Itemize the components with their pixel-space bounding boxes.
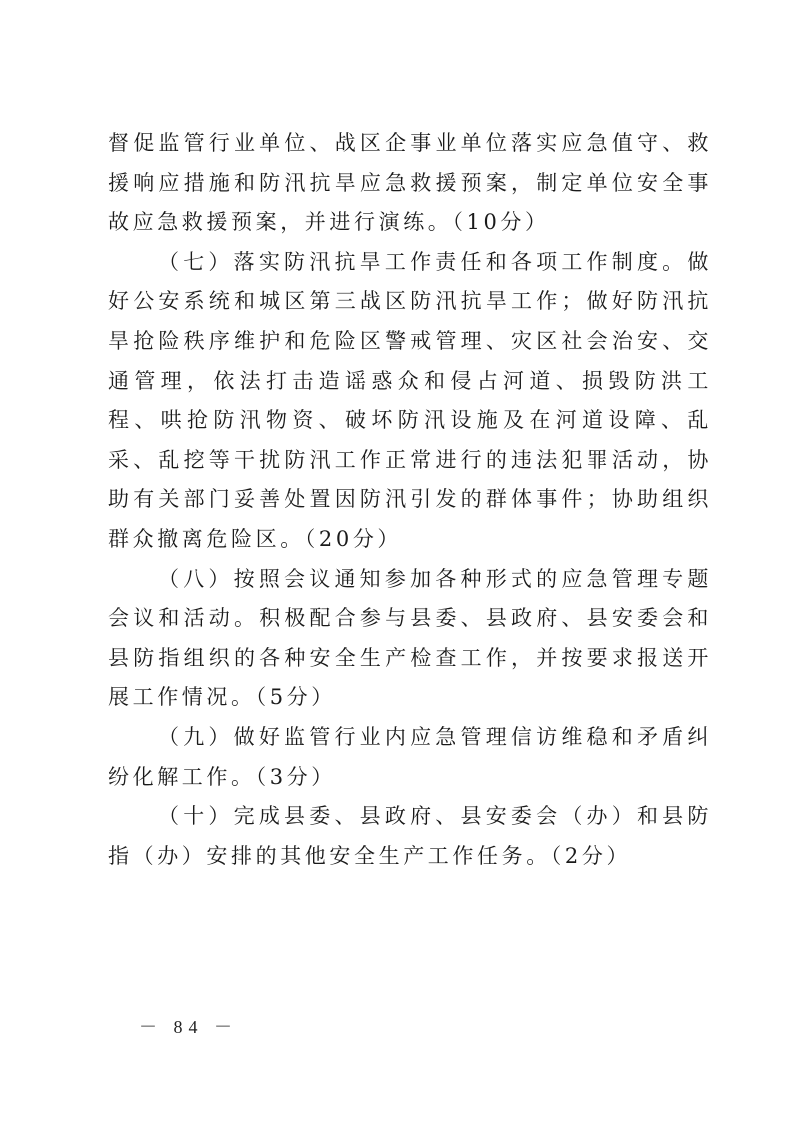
paragraph-item-9: （九）做好监管行业内应急管理信访维稳和矛盾纠纷化解工作。（3分） (108, 718, 712, 797)
page-number: － 84 － (139, 1013, 238, 1039)
paragraph-continuation: 督促监管行业单位、战区企事业单位落实应急值守、救援响应措施和防汛抗旱应急救援预案… (108, 124, 712, 243)
paragraph-item-8: （八）按照会议通知参加各种形式的应急管理专题会议和活动。积极配合参与县委、县政府… (108, 560, 712, 718)
document-body: 督促监管行业单位、战区企事业单位落实应急值守、救援响应措施和防汛抗旱应急救援预案… (108, 124, 712, 876)
paragraph-item-10: （十）完成县委、县政府、县安委会（办）和县防指（办）安排的其他安全生产工作任务。… (108, 797, 712, 876)
paragraph-item-7: （七）落实防汛抗旱工作责任和各项工作制度。做好公安系统和城区第三战区防汛抗旱工作… (108, 243, 712, 560)
document-page: 督促监管行业单位、战区企事业单位落实应急值守、救援响应措施和防汛抗旱应急救援预案… (0, 0, 793, 1122)
